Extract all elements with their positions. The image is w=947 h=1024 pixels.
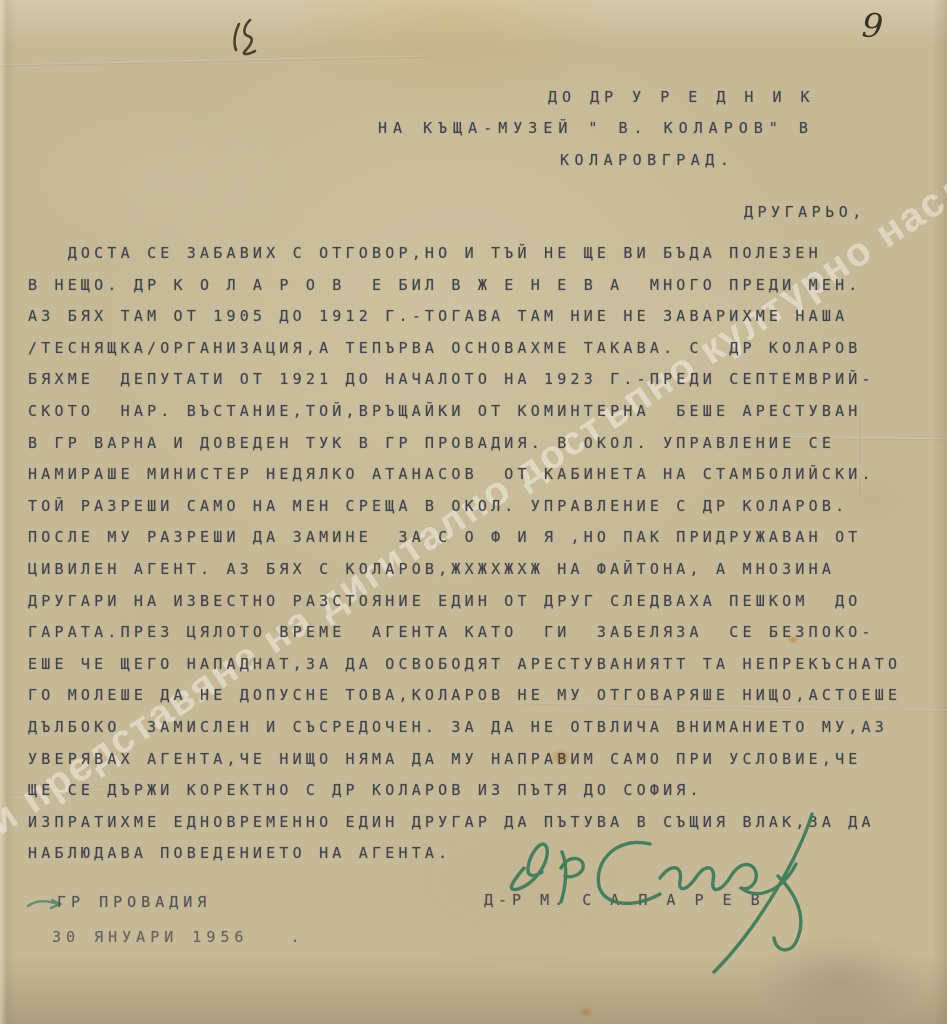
handwritten-page-number-top-right: 9 <box>861 5 885 45</box>
letter-place: ГР ПРОВАДИЯ <box>57 893 211 911</box>
typewritten-line: ЦИВИЛЕН АГЕНТ. АЗ БЯХ С КОЛАРОВ,ЖХЖХЖХЖ … <box>28 554 933 586</box>
typewritten-line: ДЪЛБОКО ЗАМИСЛЕН И СЪСРЕДОЧЕН. ЗА ДА НЕ … <box>28 712 933 744</box>
paper-crease <box>0 55 430 66</box>
typewritten-line: НАМИРАШЕ МИНИСТЕР НЕДЯЛКО АТАНАСОВ ОТ КА… <box>28 459 933 491</box>
typewritten-line: АЗ БЯХ ТАМ ОТ 1905 ДО 1912 Г.-ТОГАВА ТАМ… <box>28 301 933 333</box>
typewritten-line: /ТЕСНЯЩКА/ОРГАНИЗАЦИЯ,А ТЕПЪРВА ОСНОВАХМ… <box>28 333 933 365</box>
typewritten-line: УВЕРЯВАХ АГЕНТА,ЧЕ НИЩО НЯМА ДА МУ НАПРА… <box>28 744 933 776</box>
recipient-line-2: НА КЪЩА-МУЗЕЙ " В. КОЛАРОВ" В <box>378 119 814 137</box>
typewritten-line: ДОСТА СЕ ЗАБАВИХ С ОТГОВОР,НО И ТЪЙ НЕ Щ… <box>28 238 933 270</box>
letter-date: 30 ЯНУАРИ 1956 . <box>52 928 305 946</box>
typewritten-line: ГО МОЛЕШЕ ДА НЕ ДОПУСНЕ ТОВА,КОЛАРОВ НЕ … <box>28 680 933 712</box>
recipient-line-3: КОЛАРОВГРАД. <box>560 151 734 169</box>
typewritten-line: ТОЙ РАЗРЕШИ САМО НА МЕН СРЕЩА В ОКОЛ. УП… <box>28 491 933 523</box>
typewritten-line: ЩЕ СЕ ДЪРЖИ КОРЕКТНО С ДР КОЛАРОВ ИЗ ПЪТ… <box>28 775 933 807</box>
handwritten-signature <box>478 806 848 981</box>
typewritten-line: ПОСЛЕ МУ РАЗРЕШИ ДА ЗАМИНЕ ЗА С О Ф И Я … <box>28 522 933 554</box>
scanned-letter-page: не и представяне на дигитално достъпно к… <box>0 0 947 1024</box>
typewritten-line: ЕШЕ ЧЕ ЩЕГО НАПАДНАТ,ЗА ДА ОСВОБОДЯТ АРЕ… <box>28 649 933 681</box>
typewritten-line: ГАРАТА.ПРЕЗ ЦЯЛОТО ВРЕМЕ АГЕНТА КАТО ГИ … <box>28 617 933 649</box>
typewritten-line: ДРУГАРИ НА ИЗВЕСТНО РАЗСТОЯНИЕ ЕДИН ОТ Д… <box>28 586 933 618</box>
letter-body: ДОСТА СЕ ЗАБАВИХ С ОТГОВОР,НО И ТЪЙ НЕ Щ… <box>28 238 933 870</box>
salutation: ДРУГАРЬО, <box>744 203 866 221</box>
typewritten-line: БЯХМЕ ДЕПУТАТИ ОТ 1921 ДО НАЧАЛОТО НА 19… <box>28 364 933 396</box>
recipient-line-1: ДО ДР У Р Е Д Н И К <box>548 88 815 106</box>
typewritten-line: В ГР ВАРНА И ДОВЕДЕН ТУК В ГР ПРОВАДИЯ. … <box>28 428 933 460</box>
handwritten-page-number-top-left <box>222 12 277 60</box>
typewritten-line: СКОТО НАР. ВЪСТАНИЕ,ТОЙ,ВРЪЩАЙКИ ОТ КОМИ… <box>28 396 933 428</box>
typewritten-line: В НЕЩО. ДР К О Л А Р О В Е БИЛ В Ж Е Н Е… <box>28 270 933 302</box>
